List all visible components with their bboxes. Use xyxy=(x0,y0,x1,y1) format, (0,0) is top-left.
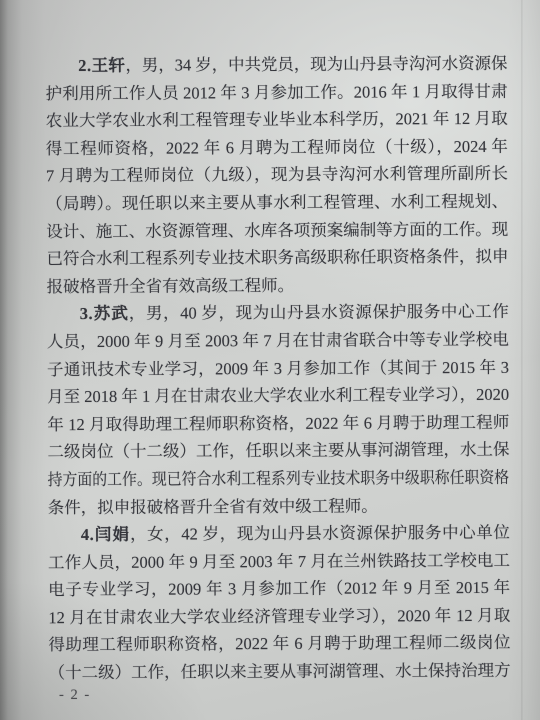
text-line: 人员，2000 年 9 月至 2003 年 7 月在甘肃省联合中等专业学校电 xyxy=(47,326,509,356)
text-line: 护利用所工作人员 2012 年 3 月参加工作。2016 年 1 月取得甘肃 xyxy=(45,77,507,107)
text-line: 子通讯技术专业学习，2009 年 3 月参加工作（其间于 2015 年 3 xyxy=(47,353,509,383)
paper-edge-crease xyxy=(521,0,523,720)
text-line: 电子专业学习，2009 年 3 月参加工作（2012 年 9 月至 2015 年 xyxy=(48,574,510,604)
text-line: 报破格晋升全省有效高级工程师。 xyxy=(46,271,508,301)
first-line-text: ，女，42 岁，现为山丹县水资源保护服务中心单位 xyxy=(130,523,510,544)
text-line: 2.王轩，男，34 岁，中共党员，现为山丹县寺沟河水资源保 xyxy=(45,50,505,80)
text-line: 4.闫娟，女，42 岁，现为山丹县水资源保护服务中心单位 xyxy=(48,519,510,549)
text-line: 得工程师资格，2022 年 6 月聘为工程师岗位（十级），2024 年 xyxy=(46,133,508,163)
text-line: 12 月在甘肃农业大学农业经济管理专业学习），2020 年 12 月取 xyxy=(48,602,510,632)
text-line: 二级岗位（十二级）工作，任职以来主要从事河湖管理，水土保 xyxy=(47,436,509,466)
person-name: 2.王轩 xyxy=(78,56,125,75)
paragraph: 3.苏武，男，40 岁，现为山丹县水资源保护服务中心工作人员，2000 年 9 … xyxy=(47,298,510,521)
paragraph: 4.闫娟，女，42 岁，现为山丹县水资源保护服务中心单位工作人员，2000 年 … xyxy=(48,519,511,687)
first-line-text: ，男，40 岁，现为山丹县水资源保护服务中心工作 xyxy=(129,302,509,323)
document-page-photo: 2.王轩，男，34 岁，中共党员，现为山丹县寺沟河水资源保护利用所工作人员 20… xyxy=(0,0,540,720)
first-line-text: ，男，34 岁，中共党员，现为山丹县寺沟河水资源保 xyxy=(125,54,507,75)
paragraph: 2.王轩，男，34 岁，中共党员，现为山丹县寺沟河水资源保护利用所工作人员 20… xyxy=(45,50,508,301)
person-name: 4.闫娟 xyxy=(81,525,130,544)
text-line: 7 月聘为工程师岗位（九级），现为县寺沟河水利管理所副所长 xyxy=(46,160,508,190)
text-line: 持方面的工作。现已符合水利工程系列专业技术职务中级职称任职资格 xyxy=(48,464,465,494)
text-line: 已符合水利工程系列专业技术职务高级职称任职资格条件，拟申 xyxy=(46,243,508,273)
page-number: - 2 - xyxy=(59,687,91,704)
text-line: 条件，拟申报破格晋升全省有效中级工程师。 xyxy=(48,491,510,521)
text-line: 得助理工程师职称资格，2022 年 6 月聘于助理工程师二级岗位 xyxy=(48,629,510,659)
text-line: （局聘）。现任职以来主要从事水利工程管理、水利工程规划、 xyxy=(46,188,508,218)
paragraphs-container: 2.王轩，男，34 岁，中共党员，现为山丹县寺沟河水资源保护利用所工作人员 20… xyxy=(45,50,510,687)
document-body-text: 2.王轩，男，34 岁，中共党员，现为山丹县寺沟河水资源保护利用所工作人员 20… xyxy=(45,50,510,687)
text-line: 农业大学农业水利工程管理专业毕业本科学历，2021 年 12 月取 xyxy=(46,105,508,135)
text-line: 设计、施工、水资源管理、水库各项预案编制等方面的工作。现 xyxy=(46,215,508,245)
text-line: 月至 2018 年 1 月在甘肃农业大学农业水利工程专业学习），2020 xyxy=(47,381,509,411)
text-line: 3.苏武，男，40 岁，现为山丹县水资源保护服务中心工作 xyxy=(47,298,509,328)
text-line: （十二级）工作，任职以来主要从事河湖管理、水土保持治理方 xyxy=(49,657,511,687)
text-line: 工作人员，2000 年 9 月至 2003 年 7 月在兰州铁路技工学校电工 xyxy=(48,546,510,576)
person-name: 3.苏武 xyxy=(80,304,129,323)
text-line: 年 12 月取得助理工程师职称资格，2022 年 6 月聘于助理工程师 xyxy=(47,409,509,439)
